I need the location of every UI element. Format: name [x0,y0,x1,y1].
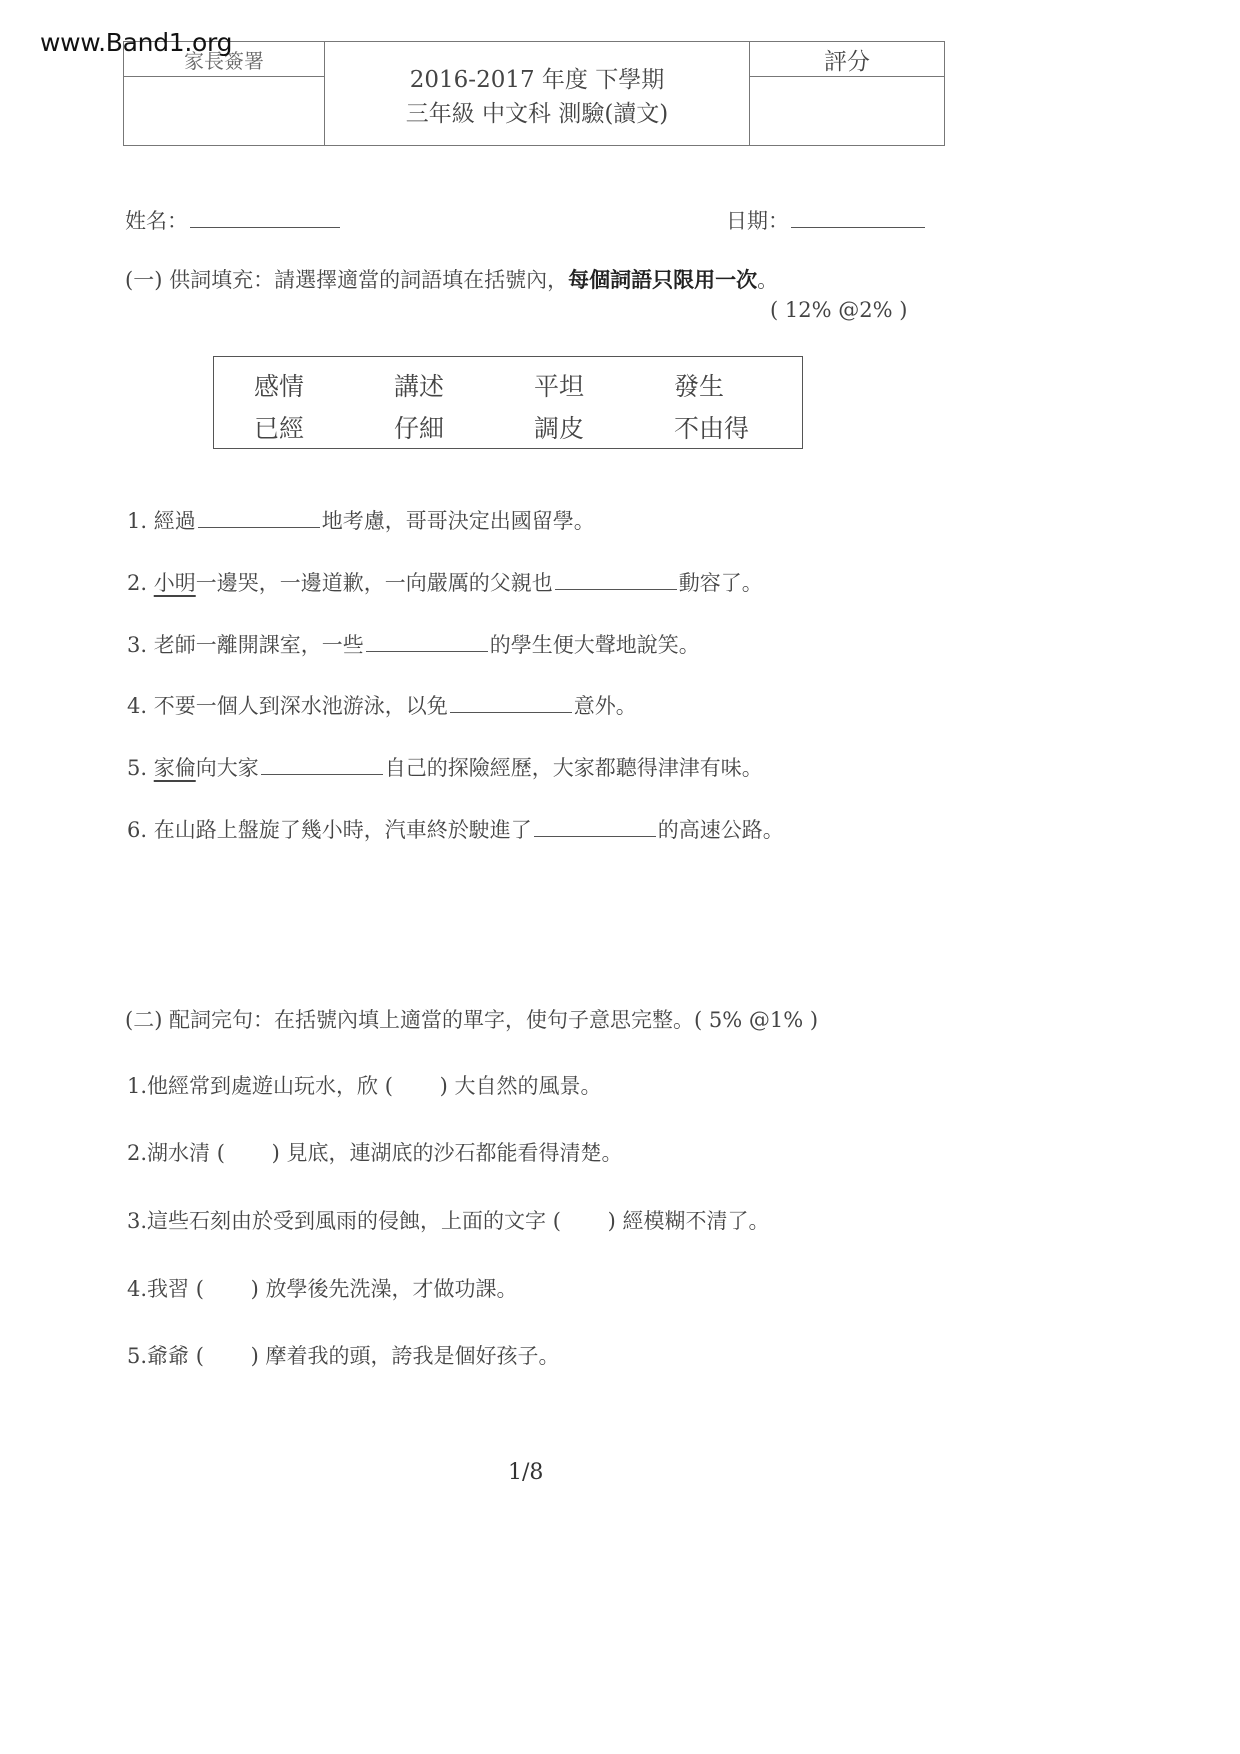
answer-blank[interactable] [555,588,677,590]
date-field[interactable]: 日期： [726,205,927,235]
question-text: 經過 [154,509,196,533]
s2-question-2: 2.湖水清 ( ) 見底，連湖底的沙石都能看得清楚。 [127,1137,623,1167]
question-text: 地考慮，哥哥決定出國留學。 [322,509,595,533]
question-number: 1. [127,509,147,533]
answer-bracket[interactable]: ( ) [553,1209,616,1233]
word-bank-item: 不由得 [674,409,814,445]
s1-question-4: 4. 不要一個人到深水池游泳，以免意外。 [127,690,637,720]
question-text: 在山路上盤旋了幾小時，汽車終於駛進了 [154,818,532,842]
question-text: 經模糊不清了。 [623,1209,770,1233]
question-text: 大自然的風景。 [455,1074,602,1098]
s2-question-3: 3.這些石刻由於受到風雨的侵蝕，上面的文字 ( ) 經模糊不清了。 [127,1205,770,1235]
date-label: 日期： [726,209,789,233]
name-blank[interactable] [190,226,340,228]
answer-blank[interactable] [366,650,488,652]
answer-blank[interactable] [261,773,383,775]
section1-number: (一) [125,268,162,292]
question-text: 的學生便大聲地說笑。 [490,633,700,657]
question-number: 2. [127,571,147,595]
name-field[interactable]: 姓名： [125,205,342,235]
question-number: 4. [127,1277,147,1301]
question-text: 動容了。 [679,571,763,595]
section1-instruction-end: 。 [757,268,778,292]
question-text: 一邊哭，一邊道歉，一向嚴厲的父親也 [196,571,553,595]
section2-heading: (二) 配詞完句：在括號內填上適當的單字，使句子意思完整。( 5% @1% ) [125,1004,818,1034]
question-text: 自己的探險經歷，大家都聽得津津有味。 [385,756,763,780]
question-text: 的高速公路。 [658,818,784,842]
watermark: www.Band1.org [40,28,232,57]
word-bank: 感情 講述 平坦 發生 已經 仔細 調皮 不由得 [213,356,803,449]
question-number: 5. [127,756,147,780]
s1-question-1: 1. 經過地考慮，哥哥決定出國留學。 [127,505,595,535]
parent-signature-field[interactable] [124,77,325,146]
answer-blank[interactable] [450,711,572,713]
s1-question-6: 6. 在山路上盤旋了幾小時，汽車終於駛進了的高速公路。 [127,814,784,844]
question-text: 這些石刻由於受到風雨的侵蝕，上面的文字 [147,1209,546,1233]
exam-title: 2016-2017 年度 下學期 三年級 中文科 測驗(讀文) [325,42,750,146]
score-label: 評分 [750,42,945,77]
question-text: 老師一離開課室，一些 [154,633,364,657]
s2-question-5: 5.爺爺 ( ) 摩着我的頭，誇我是個好孩子。 [127,1340,560,1370]
section1-marks: ( 12% @2% ) [770,298,907,322]
question-text: 放學後先洗澡，才做功課。 [266,1277,518,1301]
score-field[interactable] [750,77,945,146]
answer-blank[interactable] [198,526,320,528]
exam-title-line2: 三年級 中文科 測驗(讀文) [325,97,749,131]
s2-question-1: 1.他經常到處遊山玩水，欣 ( ) 大自然的風景。 [127,1070,602,1100]
word-bank-item: 仔細 [394,409,534,445]
word-bank-item: 發生 [674,367,814,403]
s1-question-2: 2. 小明一邊哭，一邊道歉，一向嚴厲的父親也動容了。 [127,567,763,597]
question-text: 意外。 [574,694,637,718]
proper-name: 家倫 [154,756,196,780]
section1-heading: (一) 供詞填充：請選擇適當的詞語填在括號內，每個詞語只限用一次。 [125,264,778,294]
s1-question-5: 5. 家倫向大家自己的探險經歷，大家都聽得津津有味。 [127,752,763,782]
question-text: 見底，連湖底的沙石都能看得清楚。 [287,1141,623,1165]
question-number: 1. [127,1074,147,1098]
answer-blank[interactable] [534,835,656,837]
exam-title-line1: 2016-2017 年度 下學期 [325,63,749,97]
s2-question-4: 4.我習 ( ) 放學後先洗澡，才做功課。 [127,1273,518,1303]
question-number: 6. [127,818,147,842]
s1-question-3: 3. 老師一離開課室，一些的學生便大聲地說笑。 [127,629,700,659]
question-text: 向大家 [196,756,259,780]
name-label: 姓名： [125,209,188,233]
word-bank-item: 感情 [254,367,394,403]
question-number: 5. [127,1344,147,1368]
question-text: 湖水清 [147,1141,210,1165]
answer-bracket[interactable]: ( ) [196,1277,259,1301]
page-number: 1/8 [508,1460,543,1485]
word-bank-item: 已經 [254,409,394,445]
question-text: 不要一個人到深水池游泳，以免 [154,694,448,718]
answer-bracket[interactable]: ( ) [196,1344,259,1368]
question-number: 3. [127,1209,147,1233]
answer-bracket[interactable]: ( ) [385,1074,448,1098]
proper-name: 小明 [154,571,196,595]
word-bank-item: 講述 [394,367,534,403]
section1-instruction-bold: 每個詞語只限用一次 [568,267,757,292]
section1-instruction: 供詞填充：請選擇適當的詞語填在括號內， [169,268,568,292]
word-bank-item: 調皮 [534,409,674,445]
date-blank[interactable] [791,226,925,228]
answer-bracket[interactable]: ( ) [217,1141,280,1165]
question-number: 3. [127,633,147,657]
question-text: 他經常到處遊山玩水，欣 [147,1074,378,1098]
header-table: 家長簽署 2016-2017 年度 下學期 三年級 中文科 測驗(讀文) 評分 [123,41,945,146]
question-text: 我習 [147,1277,189,1301]
question-number: 2. [127,1141,147,1165]
question-text: 爺爺 [147,1344,189,1368]
word-bank-item: 平坦 [534,367,674,403]
question-number: 4. [127,694,147,718]
question-text: 摩着我的頭，誇我是個好孩子。 [266,1344,560,1368]
